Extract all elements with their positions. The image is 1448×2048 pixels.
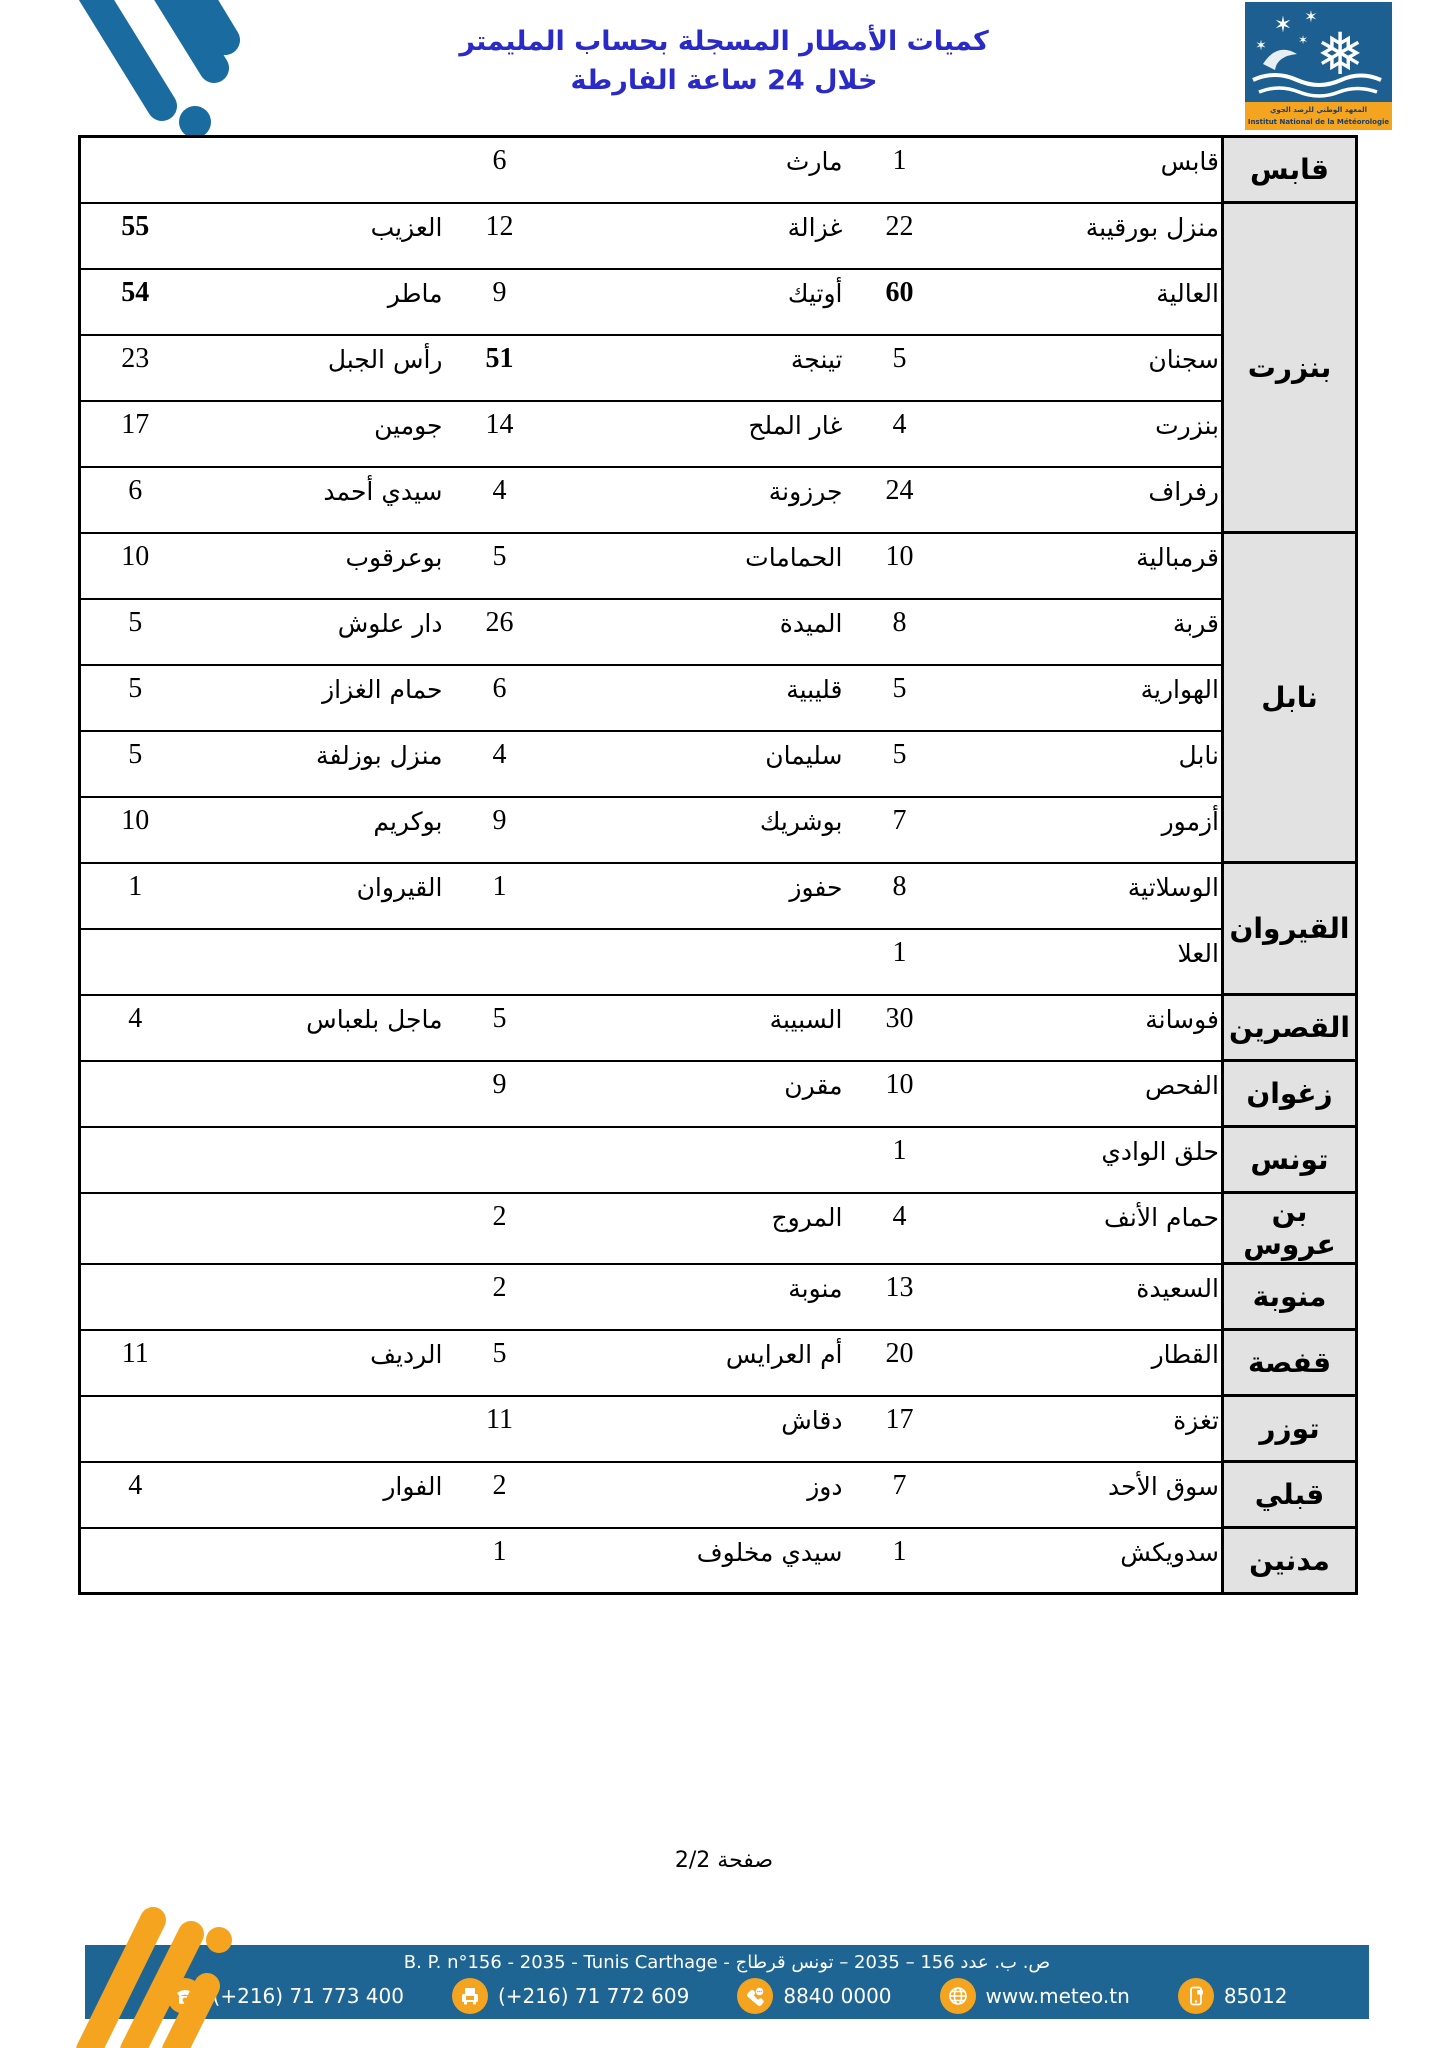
rainfall-value-cell: 5 bbox=[80, 599, 190, 665]
rainfall-value-cell: 51 bbox=[445, 335, 555, 401]
rainfall-value-cell: 5 bbox=[445, 533, 555, 599]
station-name-cell: الفحص bbox=[955, 1061, 1223, 1127]
rainfall-value-cell: 4 bbox=[845, 401, 955, 467]
rainfall-value-cell: 12 bbox=[445, 203, 555, 269]
rainfall-value-cell: 54 bbox=[80, 269, 190, 335]
rainfall-value-cell: 24 bbox=[845, 467, 955, 533]
contact-call-center: 8840 0000 bbox=[737, 1978, 891, 2014]
rainfall-value-cell: 7 bbox=[845, 797, 955, 863]
table-row: بنزرت4غار الملح14جومين17 bbox=[80, 401, 1357, 467]
title-line-2: خلال 24 ساعة الفارطة bbox=[0, 61, 1448, 100]
contact-sms: 85012 bbox=[1178, 1978, 1288, 2014]
rainfall-value-cell bbox=[80, 1528, 190, 1594]
station-name-cell bbox=[190, 929, 445, 995]
station-name-cell bbox=[190, 1528, 445, 1594]
table-row: قفصةالقطار20أم العرايس5الرديف11 bbox=[80, 1330, 1357, 1396]
rainfall-value-cell: 10 bbox=[80, 533, 190, 599]
rainfall-value-cell: 55 bbox=[80, 203, 190, 269]
rainfall-value-cell bbox=[445, 929, 555, 995]
rainfall-value-cell: 8 bbox=[845, 863, 955, 929]
svg-text:✶: ✶ bbox=[1274, 13, 1292, 38]
rainfall-value-cell: 22 bbox=[845, 203, 955, 269]
rainfall-value-cell: 30 bbox=[845, 995, 955, 1061]
page-number-label: صفحة 2/2 bbox=[0, 1848, 1448, 1873]
table-row: قابسقابس1مارث6 bbox=[80, 137, 1357, 203]
rainfall-value-cell: 60 bbox=[845, 269, 955, 335]
rainfall-value-cell: 5 bbox=[80, 731, 190, 797]
table-row: نابلقرمبالية10الحمامات5بوعرقوب10 bbox=[80, 533, 1357, 599]
station-name-cell: العزيب bbox=[190, 203, 445, 269]
station-name-cell: الحمامات bbox=[555, 533, 845, 599]
station-name-cell: مارث bbox=[555, 137, 845, 203]
station-name-cell: حلق الوادي bbox=[955, 1127, 1223, 1193]
region-cell: زغوان bbox=[1223, 1061, 1357, 1127]
rainfall-value-cell: 26 bbox=[445, 599, 555, 665]
rainfall-value-cell: 4 bbox=[80, 1462, 190, 1528]
station-name-cell: أوتيك bbox=[555, 269, 845, 335]
contact-fax-label: (+216) 71 772 609 bbox=[498, 1984, 689, 2008]
station-name-cell bbox=[190, 1396, 445, 1462]
rainfall-value-cell bbox=[80, 929, 190, 995]
rainfall-value-cell: 5 bbox=[445, 1330, 555, 1396]
rainfall-value-cell: 4 bbox=[445, 731, 555, 797]
station-name-cell: جومين bbox=[190, 401, 445, 467]
station-name-cell: تينجة bbox=[555, 335, 845, 401]
station-name-cell: بوعرقوب bbox=[190, 533, 445, 599]
station-name-cell: الفوار bbox=[190, 1462, 445, 1528]
svg-text:✶: ✶ bbox=[1304, 7, 1317, 26]
station-name-cell: رفراف bbox=[955, 467, 1223, 533]
rainfall-value-cell: 5 bbox=[845, 665, 955, 731]
station-name-cell: السبيبة bbox=[555, 995, 845, 1061]
region-cell: توزر bbox=[1223, 1396, 1357, 1462]
region-cell: القصرين bbox=[1223, 995, 1357, 1061]
rainfall-value-cell bbox=[445, 1127, 555, 1193]
station-name-cell: منوبة bbox=[555, 1264, 845, 1330]
table-row: توزرتغزة17دقاش11 bbox=[80, 1396, 1357, 1462]
rainfall-value-cell: 11 bbox=[80, 1330, 190, 1396]
station-name-cell: جرزونة bbox=[555, 467, 845, 533]
station-name-cell: منزل بوزلفة bbox=[190, 731, 445, 797]
page-title: كميات الأمطار المسجلة بحساب المليمتر خلا… bbox=[0, 22, 1448, 100]
rainfall-value-cell: 20 bbox=[845, 1330, 955, 1396]
station-name-cell: نابل bbox=[955, 731, 1223, 797]
rainfall-value-cell: 4 bbox=[845, 1193, 955, 1264]
rainfall-value-cell: 10 bbox=[845, 533, 955, 599]
table-row: بن عروسحمام الأنف4المروج2 bbox=[80, 1193, 1357, 1264]
table-row: منوبةالسعيدة13منوبة2 bbox=[80, 1264, 1357, 1330]
rainfall-value-cell: 6 bbox=[445, 665, 555, 731]
rainfall-value-cell: 1 bbox=[845, 1528, 955, 1594]
table-row: القيروانالوسلاتية8حفوز1القيروان1 bbox=[80, 863, 1357, 929]
station-name-cell: غار الملح bbox=[555, 401, 845, 467]
rainfall-value-cell bbox=[80, 137, 190, 203]
rainfall-value-cell bbox=[80, 1061, 190, 1127]
table-row: القصرينفوسانة30السبيبة5ماجل بلعباس4 bbox=[80, 995, 1357, 1061]
rain-table-body: قابسقابس1مارث6بنزرتمنزل بورقيبة22غزالة12… bbox=[80, 137, 1357, 1594]
rainfall-value-cell: 9 bbox=[445, 797, 555, 863]
table-row: الهوارية5قليبية6حمام الغزاز5 bbox=[80, 665, 1357, 731]
station-name-cell: ماجل بلعباس bbox=[190, 995, 445, 1061]
region-cell: قابس bbox=[1223, 137, 1357, 203]
station-name-cell: أزمور bbox=[955, 797, 1223, 863]
rainfall-value-cell: 4 bbox=[80, 995, 190, 1061]
table-row: سجنان5تينجة51رأس الجبل23 bbox=[80, 335, 1357, 401]
region-cell: منوبة bbox=[1223, 1264, 1357, 1330]
station-name-cell: الميدة bbox=[555, 599, 845, 665]
logo-caption-arabic: المعهد الوطني للرصد الجوي bbox=[1245, 104, 1392, 116]
station-name-cell bbox=[190, 1193, 445, 1264]
station-name-cell: السعيدة bbox=[955, 1264, 1223, 1330]
station-name-cell: ماطر bbox=[190, 269, 445, 335]
svg-text:✶: ✶ bbox=[1255, 38, 1267, 54]
rainfall-value-cell: 17 bbox=[845, 1396, 955, 1462]
station-name-cell: بوكريم bbox=[190, 797, 445, 863]
svg-text:✶: ✶ bbox=[1298, 33, 1308, 47]
station-name-cell: سجنان bbox=[955, 335, 1223, 401]
station-name-cell: دوز bbox=[555, 1462, 845, 1528]
table-row: العلا1 bbox=[80, 929, 1357, 995]
logo-caption-band: المعهد الوطني للرصد الجوي Institut Natio… bbox=[1245, 102, 1392, 130]
raindrop-dot bbox=[179, 106, 211, 138]
station-name-cell: القطار bbox=[955, 1330, 1223, 1396]
table-row: قربة8الميدة26دار علوش5 bbox=[80, 599, 1357, 665]
station-name-cell: مقرن bbox=[555, 1061, 845, 1127]
svg-text:❅: ❅ bbox=[1316, 20, 1365, 88]
rainfall-value-cell: 10 bbox=[845, 1061, 955, 1127]
station-name-cell: بنزرت bbox=[955, 401, 1223, 467]
rainfall-value-cell: 9 bbox=[445, 1061, 555, 1127]
rainfall-value-cell: 1 bbox=[845, 137, 955, 203]
station-name-cell: العالية bbox=[955, 269, 1223, 335]
station-name-cell: قربة bbox=[955, 599, 1223, 665]
station-name-cell: قرمبالية bbox=[955, 533, 1223, 599]
rainfall-value-cell: 4 bbox=[445, 467, 555, 533]
rainfall-value-cell: 1 bbox=[445, 863, 555, 929]
rainfall-value-cell: 6 bbox=[80, 467, 190, 533]
station-name-cell: القيروان bbox=[190, 863, 445, 929]
region-cell: بنزرت bbox=[1223, 203, 1357, 533]
orange-dot bbox=[206, 1927, 232, 1953]
rainfall-value-cell: 13 bbox=[845, 1264, 955, 1330]
inm-institute-logo: ❅ ✶ ✶ ✶ ✶ المعهد الوطني للرصد الجوي Inst… bbox=[1245, 2, 1392, 130]
table-row: نابل5سليمان4منزل بوزلفة5 bbox=[80, 731, 1357, 797]
contact-fax: (+216) 71 772 609 bbox=[452, 1978, 689, 2014]
station-name-cell bbox=[190, 1127, 445, 1193]
station-name-cell: العلا bbox=[955, 929, 1223, 995]
table-row: رفراف24جرزونة4سيدي أحمد6 bbox=[80, 467, 1357, 533]
rainfall-value-cell: 1 bbox=[845, 929, 955, 995]
rainfall-value-cell bbox=[80, 1193, 190, 1264]
call-center-icon bbox=[737, 1978, 773, 2014]
table-row: العالية60أوتيك9ماطر54 bbox=[80, 269, 1357, 335]
region-cell: نابل bbox=[1223, 533, 1357, 863]
logo-sky-art: ❅ ✶ ✶ ✶ ✶ bbox=[1245, 2, 1392, 102]
station-name-cell: أم العرايس bbox=[555, 1330, 845, 1396]
rainfall-value-cell: 8 bbox=[845, 599, 955, 665]
station-name-cell: الهوارية bbox=[955, 665, 1223, 731]
rainfall-value-cell: 5 bbox=[80, 665, 190, 731]
station-name-cell: منزل بورقيبة bbox=[955, 203, 1223, 269]
table-row: تونسحلق الوادي1 bbox=[80, 1127, 1357, 1193]
region-cell: القيروان bbox=[1223, 863, 1357, 995]
station-name-cell: فوسانة bbox=[955, 995, 1223, 1061]
rainfall-value-cell: 11 bbox=[445, 1396, 555, 1462]
region-cell: بن عروس bbox=[1223, 1193, 1357, 1264]
station-name-cell: قابس bbox=[955, 137, 1223, 203]
station-name-cell bbox=[190, 137, 445, 203]
station-name-cell: دقاش bbox=[555, 1396, 845, 1462]
title-line-1: كميات الأمطار المسجلة بحساب المليمتر bbox=[0, 22, 1448, 61]
fax-icon bbox=[452, 1978, 488, 2014]
rainfall-value-cell: 2 bbox=[445, 1264, 555, 1330]
station-name-cell: دار علوش bbox=[190, 599, 445, 665]
rainfall-value-cell: 14 bbox=[445, 401, 555, 467]
contact-website-label: www.meteo.tn bbox=[986, 1984, 1130, 2008]
station-name-cell: سيدي مخلوف bbox=[555, 1528, 845, 1594]
station-name-cell: سليمان bbox=[555, 731, 845, 797]
contact-website: www.meteo.tn bbox=[940, 1978, 1130, 2014]
rainfall-value-cell: 1 bbox=[445, 1528, 555, 1594]
rainfall-value-cell bbox=[80, 1264, 190, 1330]
rainfall-value-cell: 5 bbox=[845, 335, 955, 401]
contact-call-center-label: 8840 0000 bbox=[783, 1984, 891, 2008]
table-row: قبليسوق الأحد7دوز2الفوار4 bbox=[80, 1462, 1357, 1528]
globe-icon bbox=[940, 1978, 976, 2014]
station-name-cell bbox=[190, 1061, 445, 1127]
contact-sms-label: 85012 bbox=[1224, 1984, 1288, 2008]
station-name-cell: سوق الأحد bbox=[955, 1462, 1223, 1528]
logo-caption-french: Institut National de la Météorologie bbox=[1245, 116, 1392, 128]
table-row: زغوانالفحص10مقرن9 bbox=[80, 1061, 1357, 1127]
table-row: أزمور7بوشريك9بوكريم10 bbox=[80, 797, 1357, 863]
station-name-cell: سدويكش bbox=[955, 1528, 1223, 1594]
station-name-cell: الرديف bbox=[190, 1330, 445, 1396]
rainfall-value-cell: 9 bbox=[445, 269, 555, 335]
sms-icon bbox=[1178, 1978, 1214, 2014]
footer-address: ص. ب. عدد 156 – 2035 – تونس قرطاج - B. P… bbox=[85, 1945, 1369, 1973]
table-row: بنزرتمنزل بورقيبة22غزالة12العزيب55 bbox=[80, 203, 1357, 269]
rainfall-value-cell: 1 bbox=[845, 1127, 955, 1193]
station-name-cell: حمام الأنف bbox=[955, 1193, 1223, 1264]
table-row: مدنينسدويكش1سيدي مخلوف1 bbox=[80, 1528, 1357, 1594]
station-name-cell: سيدي أحمد bbox=[190, 467, 445, 533]
rainfall-value-cell: 2 bbox=[445, 1462, 555, 1528]
region-cell: قفصة bbox=[1223, 1330, 1357, 1396]
rainfall-value-cell: 10 bbox=[80, 797, 190, 863]
station-name-cell bbox=[555, 929, 845, 995]
rainfall-value-cell: 5 bbox=[845, 731, 955, 797]
rainfall-value-cell bbox=[80, 1127, 190, 1193]
station-name-cell bbox=[555, 1127, 845, 1193]
rain-table: قابسقابس1مارث6بنزرتمنزل بورقيبة22غزالة12… bbox=[78, 135, 1358, 1595]
station-name-cell: قليبية bbox=[555, 665, 845, 731]
station-name-cell: بوشريك bbox=[555, 797, 845, 863]
region-cell: قبلي bbox=[1223, 1462, 1357, 1528]
footer-band: ص. ب. عدد 156 – 2035 – تونس قرطاج - B. P… bbox=[85, 1945, 1369, 2019]
region-cell: تونس bbox=[1223, 1127, 1357, 1193]
rainfall-value-cell bbox=[80, 1396, 190, 1462]
rainfall-value-cell: 7 bbox=[845, 1462, 955, 1528]
rainfall-value-cell: 5 bbox=[445, 995, 555, 1061]
station-name-cell: تغزة bbox=[955, 1396, 1223, 1462]
station-name-cell: حمام الغزاز bbox=[190, 665, 445, 731]
station-name-cell: المروج bbox=[555, 1193, 845, 1264]
station-name-cell: رأس الجبل bbox=[190, 335, 445, 401]
station-name-cell bbox=[190, 1264, 445, 1330]
station-name-cell: غزالة bbox=[555, 203, 845, 269]
rainfall-value-cell: 17 bbox=[80, 401, 190, 467]
document-page: كميات الأمطار المسجلة بحساب المليمتر خلا… bbox=[0, 0, 1448, 2048]
rainfall-value-cell: 23 bbox=[80, 335, 190, 401]
region-cell: مدنين bbox=[1223, 1528, 1357, 1594]
footer-contacts: (+216) 71 773 400 (+216) 71 772 609 bbox=[85, 1978, 1369, 2014]
station-name-cell: حفوز bbox=[555, 863, 845, 929]
rainfall-value-cell: 1 bbox=[80, 863, 190, 929]
footer-orange-streaks bbox=[55, 1900, 265, 2048]
rainfall-value-cell: 6 bbox=[445, 137, 555, 203]
station-name-cell: الوسلاتية bbox=[955, 863, 1223, 929]
rainfall-value-cell: 2 bbox=[445, 1193, 555, 1264]
